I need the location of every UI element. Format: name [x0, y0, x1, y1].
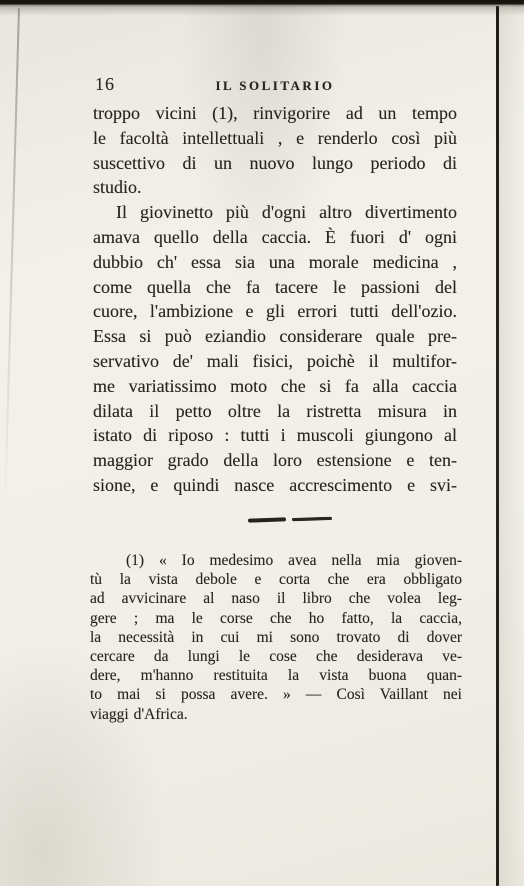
text-line: servativo de' mali fisici, poichè il mul… — [93, 349, 457, 374]
scan-top-edge-shadow — [0, 6, 524, 16]
text-line: le facoltà intellettuali , e renderlo co… — [93, 126, 457, 151]
scan-left-crease-artifact — [4, 8, 20, 508]
text-line: dere, m'hanno restituita la vista buona … — [90, 666, 462, 685]
text-line: troppo vicini (1), rinvigorire ad un tem… — [93, 101, 457, 126]
text-line: (1) « Io medesimo avea nella mia gioven- — [90, 551, 462, 570]
text-line: Essa si può eziandio considerare quale p… — [93, 324, 457, 349]
scan-gutter-shade — [499, 6, 524, 886]
separator-dash — [248, 517, 286, 522]
text-line: la necessità in cui mi sono trovato di d… — [90, 628, 462, 647]
main-text-block: troppo vicini (1), rinvigorire ad un tem… — [93, 101, 457, 498]
text-line: maggior grado della loro estensione e te… — [93, 448, 457, 473]
text-line: dubbio ch' essa sia una morale medicina … — [93, 250, 457, 275]
separator-dash — [292, 517, 332, 522]
text-line: viaggi d'Africa. — [90, 705, 462, 724]
text-line: gere ; ma le corse che ho fatto, la cacc… — [90, 609, 462, 628]
text-line: me variatissimo moto che si fa alla cacc… — [93, 374, 457, 399]
text-line: cercare da lungi le cose che desiderava … — [90, 647, 462, 666]
text-line: ad avvicinare al naso il libro che volea… — [90, 589, 462, 608]
text-line: cuore, l'ambizione e gli errori tutti de… — [93, 299, 457, 324]
text-line: amava quello della caccia. È fuori d' og… — [93, 225, 457, 250]
text-line: Il giovinetto più d'ogni altro divertime… — [93, 200, 457, 225]
scanned-book-page: 16 IL SOLITARIO troppo vicini (1), rinvi… — [0, 0, 524, 886]
text-line: suscettivo di un nuovo lungo periodo di — [93, 151, 457, 176]
text-line: istato di riposo : tutti i muscoli giung… — [93, 423, 457, 448]
text-line: dilata il petto oltre la ristretta misur… — [93, 399, 457, 424]
footnote-separator — [248, 516, 332, 524]
text-line: come quella che fa tacere le passioni de… — [93, 275, 457, 300]
footnote-block: (1) « Io medesimo avea nella mia gioven-… — [90, 551, 462, 724]
text-line: to mai si possa avere. » — Così Vaillant… — [90, 685, 462, 704]
text-line: tù la vista debole e corta che era obbli… — [90, 570, 462, 589]
text-line: sione, e quindi nasce accrescimento e sv… — [93, 473, 457, 498]
text-line: studio. — [93, 175, 457, 200]
page-header: 16 IL SOLITARIO — [93, 74, 457, 98]
running-title: IL SOLITARIO — [93, 78, 457, 94]
